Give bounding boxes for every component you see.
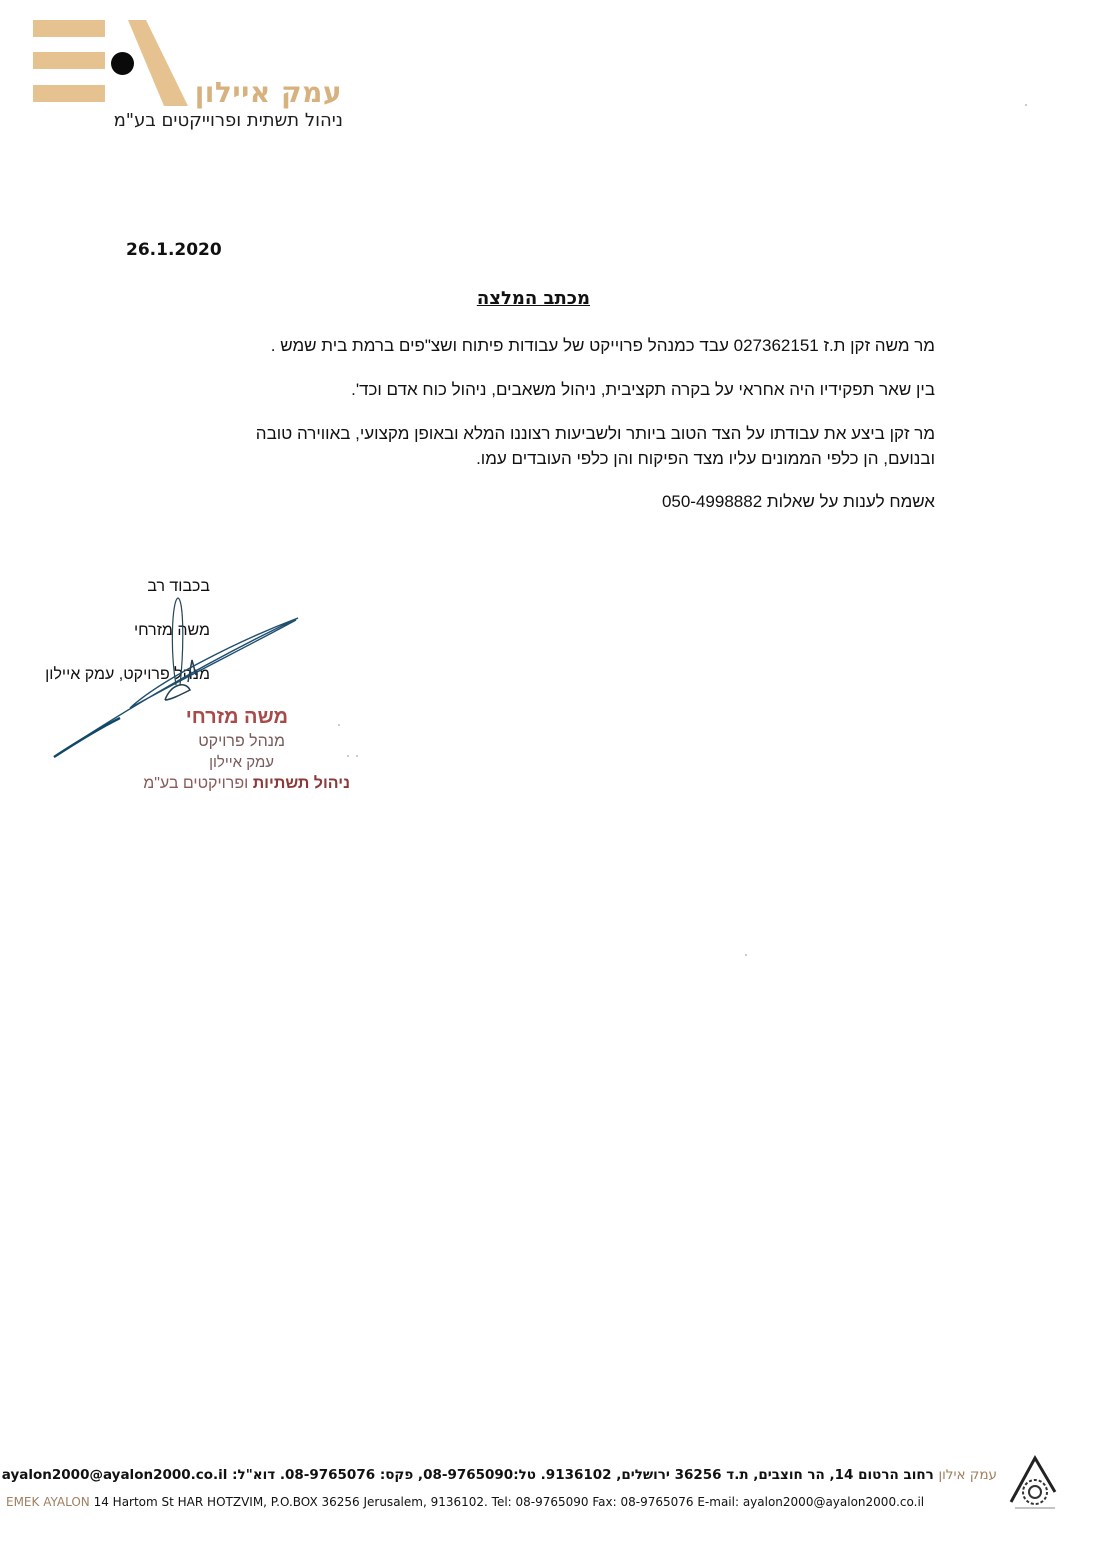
footer-hebrew-address: עמק אילון רחוב הרטום 14, הר חוצבים, ת.ד … [2,1467,997,1483]
company-subtitle: ניהול תשתית ופרוייקטים בע"מ [114,110,343,131]
stamp-company: עמק איילון [209,754,274,771]
footer-english-address: EMEK AYALON 14 Hartom St HAR HOTZVIM, P.… [6,1495,924,1509]
logo-bar [33,85,105,102]
paragraph-1: מר משה זקן ת.ז 027362151 עבד כמנהל פרויי… [271,334,935,358]
letter-date: 26.1.2020 [126,240,222,260]
stamp-firm-rest: ופרויקטים בע"מ [143,775,252,792]
logo-dot [111,52,134,75]
stamp-role: מנהל פרויקט [198,733,285,751]
stamp-firm-bold: ניהול תשתיות [253,775,350,792]
paragraph-3-line-1: מר זקן ביצע את עבודתו על הצד הטוב ביותר … [256,422,935,446]
logo-bar [33,20,105,37]
footer-hebrew-brand: עמק אילון [938,1467,997,1483]
stamp-firm: ניהול תשתיות ופרויקטים בע"מ [143,775,350,793]
footer-emblem-icon [1005,1452,1061,1512]
logo-bar [33,52,105,69]
paragraph-3-line-2: ובנועם, הן כלפי הממונים עליו מצד הפיקוח … [476,447,935,471]
footer-english-details: 14 Hartom St HAR HOTZVIM, P.O.BOX 36256 … [90,1495,924,1509]
company-name: עמק איילון [195,76,342,109]
scan-speck [1025,104,1027,106]
logo-slant [128,20,188,106]
stamp-name: משה מזרחי [186,706,288,729]
contact-line: אשמח לענות על שאלות 050-4998882 [662,490,935,514]
paragraph-2: בין שאר תפקידיו היה אחראי על בקרה תקציבי… [351,378,935,402]
scan-speck [356,755,358,757]
scan-speck [338,724,340,726]
scan-speck [745,954,747,956]
letter-title: מכתב המלצה [477,288,590,309]
scan-speck [347,755,349,757]
footer-english-brand: EMEK AYALON [6,1495,90,1509]
footer-hebrew-details: רחוב הרטום 14, הר חוצבים, ת.ד 36256 ירוש… [2,1467,939,1483]
